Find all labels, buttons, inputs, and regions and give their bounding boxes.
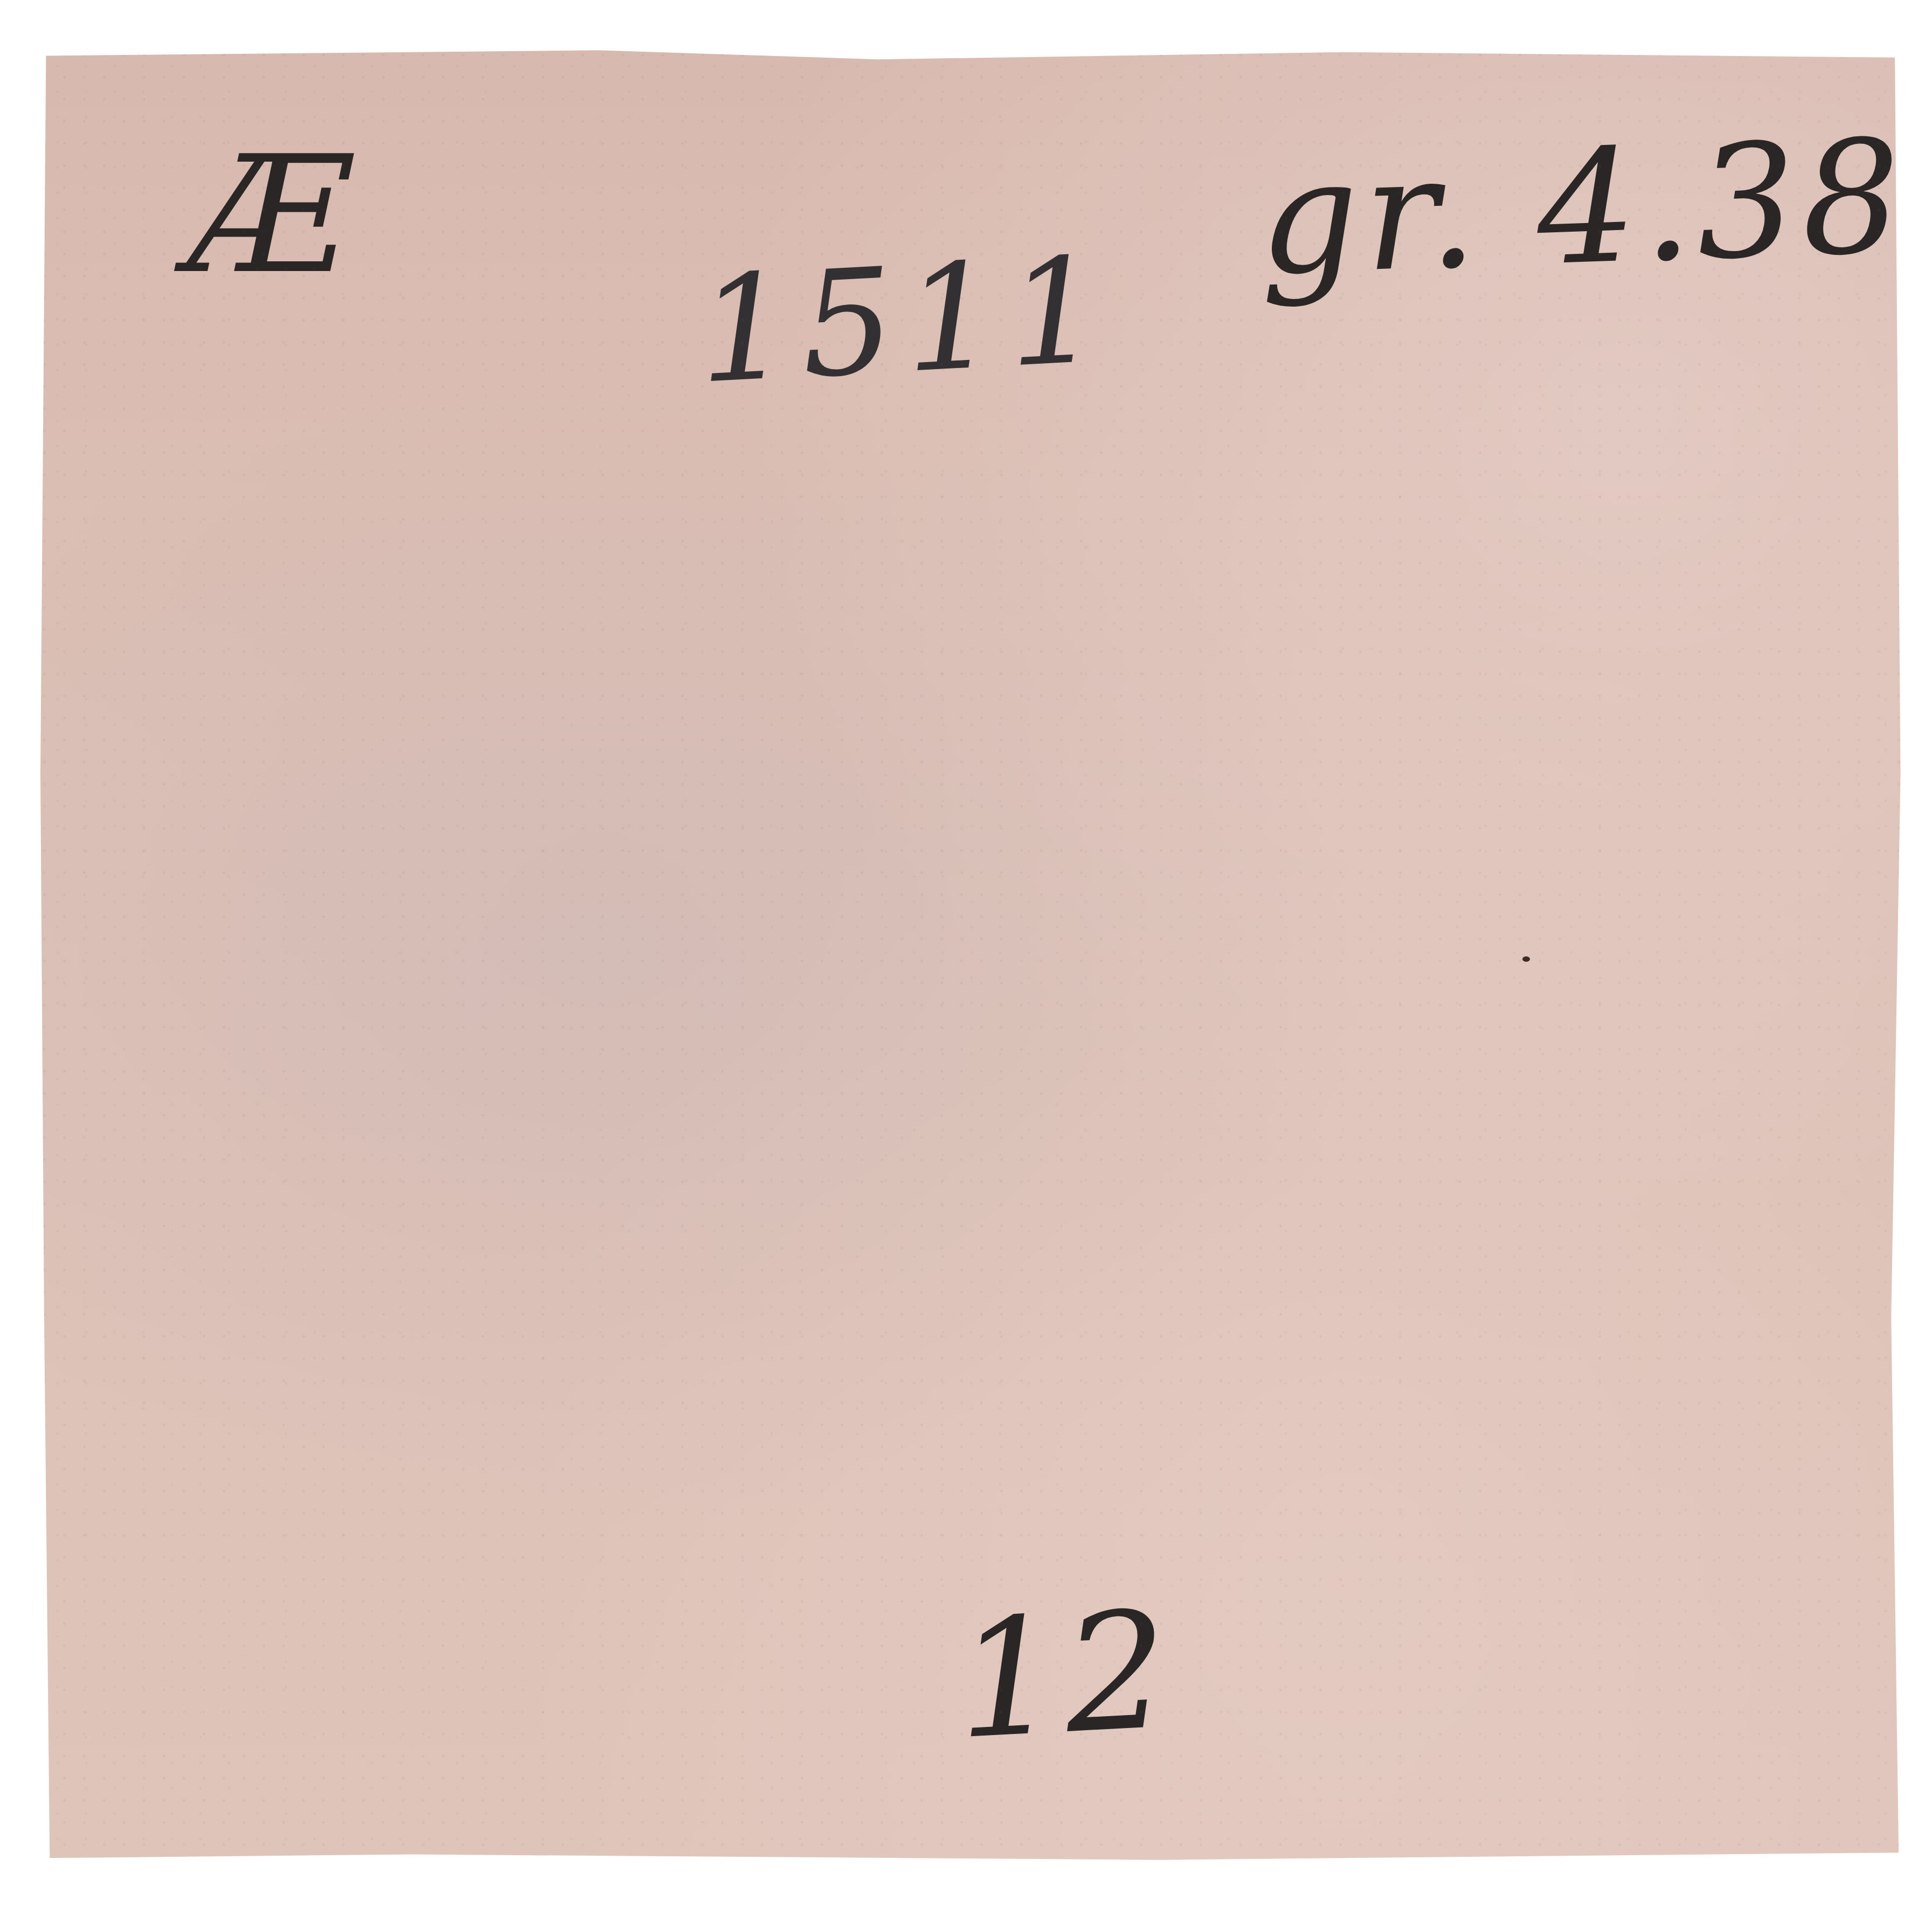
- bottom-number: 12: [952, 1590, 1177, 1763]
- metal-mark-ae: Æ: [171, 135, 368, 296]
- weight-annotation: gr. 4.38.: [1256, 117, 1932, 297]
- paper-label: Æ 1511 gr. 4.38. 12: [40, 48, 1902, 1862]
- catalog-number: 1511: [694, 237, 1114, 404]
- ink-speck: [1522, 956, 1530, 962]
